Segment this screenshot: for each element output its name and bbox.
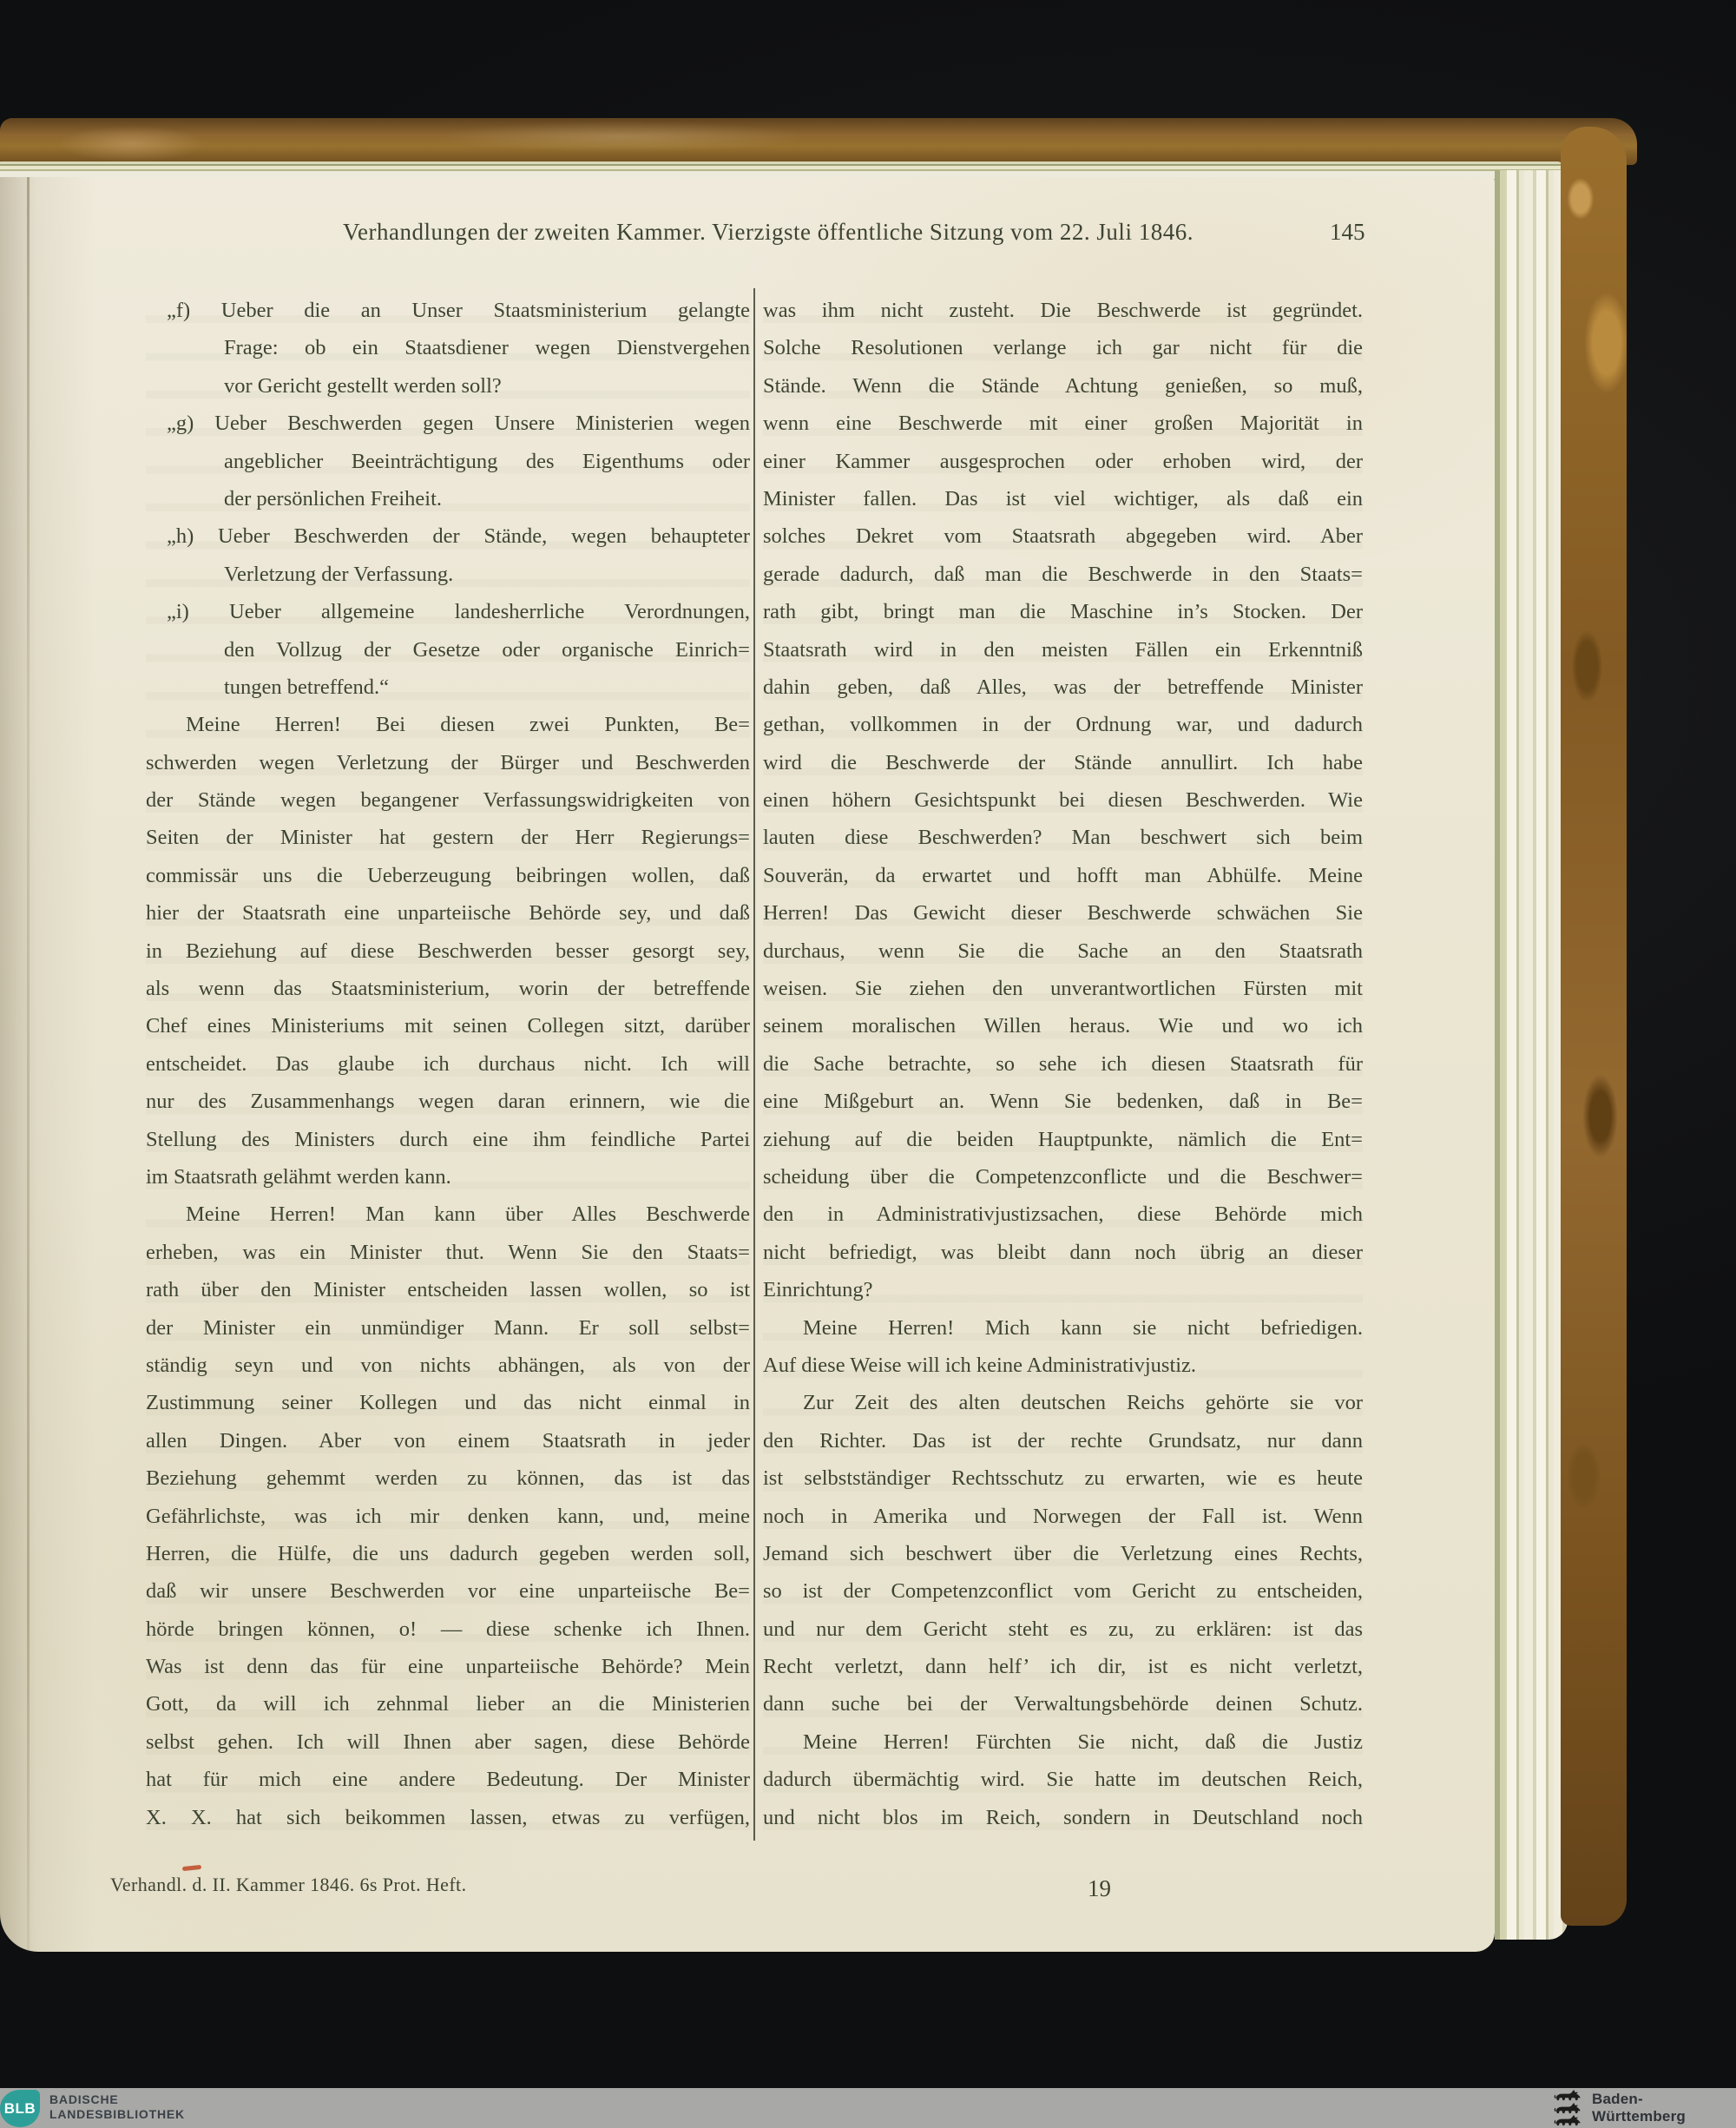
book-cover-top-edge <box>0 118 1637 165</box>
text-line: Stände. Wenn die Stände Achtung genießen… <box>763 367 1363 405</box>
running-title: Verhandlungen der zweiten Kammer. Vierzi… <box>343 219 1193 245</box>
text-line: Gott, da will ich zehnmal lieber an die … <box>146 1685 750 1723</box>
text-column-left: „f) Ueber die an Unser Staatsministerium… <box>146 292 750 1836</box>
text-line: daß wir unsere Beschwerden vor eine unpa… <box>146 1572 750 1610</box>
text-line: den in Administrativjustizsachen, diese … <box>763 1196 1363 1233</box>
library-name-line1: BADISCHE <box>49 2092 185 2107</box>
text-line: allen Dingen. Aber von einem Staatsrath … <box>146 1422 750 1459</box>
text-line: der Stände wegen begangener Verfassungsw… <box>146 781 750 819</box>
page-header-title: Verhandlungen der zweiten Kammer. Vierzi… <box>191 219 1345 255</box>
text-line: nur des Zusammenhangs wegen daran erinne… <box>146 1083 750 1120</box>
text-line: erheben, was ein Minister thut. Wenn Sie… <box>146 1234 750 1271</box>
page-gutter-crease <box>27 177 30 1952</box>
column-divider <box>753 288 755 1841</box>
text-line: als wenn das Staatsministerium, worin de… <box>146 970 750 1007</box>
library-name: BADISCHE LANDESBIBLIOTHEK <box>49 2092 185 2122</box>
text-line: Stellung des Ministers durch eine ihm fe… <box>146 1121 750 1158</box>
text-line: den Richter. Das ist der rechte Grundsat… <box>763 1422 1363 1459</box>
text-line: Zustimmung seiner Kollegen und das nicht… <box>146 1384 750 1421</box>
viewer-footer-bar: BLB BADISCHE LANDESBIBLIOTHEK Baden-Würt… <box>0 2088 1736 2128</box>
signature-mark: 19 <box>1088 1875 1111 1902</box>
text-line: die Sache betrachte, so sehe ich diesen … <box>763 1045 1363 1083</box>
page-edges-right <box>1495 170 1568 1940</box>
text-line: selbst gehen. Ich will Ihnen aber sagen,… <box>146 1723 750 1761</box>
text-line: hörde bringen können, o! — diese schenke… <box>146 1611 750 1648</box>
text-line: X. X. hat sich beikommen lassen, etwas z… <box>146 1799 750 1836</box>
text-line: seinem moralischen Willen heraus. Wie un… <box>763 1007 1363 1044</box>
scan-background: Verhandlungen der zweiten Kammer. Vierzi… <box>0 0 1736 2128</box>
text-line: noch in Amerika und Norwegen der Fall is… <box>763 1498 1363 1535</box>
text-line: angeblicher Beeinträchtigung des Eigenth… <box>146 443 750 480</box>
state-label: Baden-Württemberg <box>1592 2091 1736 2125</box>
text-line: Seiten der Minister hat gestern der Herr… <box>146 819 750 856</box>
text-column-right: was ihm nicht zusteht. Die Beschwerde is… <box>763 292 1363 1836</box>
text-line: Chef eines Ministeriums mit seinen Colle… <box>146 1007 750 1044</box>
text-line: Beziehung gehemmt werden zu können, das … <box>146 1459 750 1497</box>
text-line: scheidung über die Competenzconflicte un… <box>763 1158 1363 1196</box>
text-line: Herren, die Hülfe, die uns dadurch gegeb… <box>146 1535 750 1572</box>
text-line: dann suche bei der Verwaltungsbehörde de… <box>763 1685 1363 1723</box>
text-line: wenn eine Beschwerde mit einer großen Ma… <box>763 405 1363 442</box>
text-line: entscheidet. Das glaube ich durchaus nic… <box>146 1045 750 1083</box>
text-line: gerade dadurch, daß man die Beschwerde i… <box>763 556 1363 593</box>
text-line: „i) Ueber allgemeine landesherrliche Ver… <box>146 593 750 630</box>
text-line: und nur dem Gericht steht es zu, zu erkl… <box>763 1611 1363 1648</box>
text-line: Verletzung der Verfassung. <box>146 556 750 593</box>
text-line: „g) Ueber Beschwerden gegen Unsere Minis… <box>146 405 750 442</box>
text-line: Gefährlichste, was ich mir denken kann, … <box>146 1498 750 1535</box>
text-line: Was ist denn das für eine unparteiische … <box>146 1648 750 1685</box>
text-line: den Vollzug der Gesetze oder organische … <box>146 631 750 669</box>
blb-logo-text: BLB <box>4 2100 36 2118</box>
text-line: nicht befriedigt, was bleibt dann noch ü… <box>763 1234 1363 1271</box>
text-line: weisen. Sie ziehen den unverantwortliche… <box>763 970 1363 1007</box>
text-line: durchaus, wenn Sie die Sache an den Staa… <box>763 932 1363 970</box>
text-line: Recht verletzt, dann helf’ ich dir, ist … <box>763 1648 1363 1685</box>
text-line: Solche Resolutionen verlange ich gar nic… <box>763 329 1363 366</box>
text-line: hier der Staatsrath eine unparteiische B… <box>146 894 750 932</box>
text-line: Frage: ob ein Staatsdiener wegen Dienstv… <box>146 329 750 366</box>
text-line: ziehung auf die beiden Hauptpunkte, näml… <box>763 1121 1363 1158</box>
text-line: lauten diese Beschwerden? Man beschwert … <box>763 819 1363 856</box>
text-line: im Staatsrath gelähmt werden kann. <box>146 1158 750 1196</box>
text-line: einer Kammer ausgesprochen oder erhoben … <box>763 443 1363 480</box>
text-line: einen höhern Gesichtspunkt bei diesen Be… <box>763 781 1363 819</box>
text-line: vor Gericht gestellt werden soll? <box>146 367 750 405</box>
text-line: solches Dekret vom Staatsrath abgegeben … <box>763 517 1363 555</box>
text-line: tungen betreffend.“ <box>146 669 750 706</box>
text-line: rath über den Minister entscheiden lasse… <box>146 1271 750 1308</box>
page-edges-top <box>0 161 1564 179</box>
text-line: „f) Ueber die an Unser Staatsministerium… <box>146 292 750 329</box>
text-line: so ist der Competenzconflict vom Gericht… <box>763 1572 1363 1610</box>
text-line: Meine Herren! Man kann über Alles Beschw… <box>146 1196 750 1233</box>
text-line: Meine Herren! Fürchten Sie nicht, daß di… <box>763 1723 1363 1761</box>
text-line: eine Mißgeburt an. Wenn Sie bedenken, da… <box>763 1083 1363 1120</box>
text-line: Herren! Das Gewicht dieser Beschwerde sc… <box>763 894 1363 932</box>
blb-logo: BLB <box>0 2090 40 2127</box>
text-line: dadurch übermächtig wird. Sie hatte im d… <box>763 1761 1363 1798</box>
text-line: hat für mich eine andere Bedeutung. Der … <box>146 1761 750 1798</box>
text-line: Einrichtung? <box>763 1271 1363 1308</box>
library-name-line2: LANDESBIBLIOTHEK <box>49 2107 185 2122</box>
text-line: der persönlichen Freiheit. <box>146 480 750 517</box>
book-cover-fore-edge <box>1561 127 1627 1926</box>
text-line: wird die Beschwerde der Stände annullirt… <box>763 744 1363 781</box>
bw-coat-of-arms-icon <box>1554 2088 1581 2128</box>
text-line: Minister fallen. Das ist viel wichtiger,… <box>763 480 1363 517</box>
text-line: Meine Herren! Mich kann sie nicht befrie… <box>763 1309 1363 1347</box>
text-line: Souverän, da erwartet und hofft man Abhü… <box>763 857 1363 894</box>
text-line: Zur Zeit des alten deutschen Reichs gehö… <box>763 1384 1363 1421</box>
text-line: Meine Herren! Bei diesen zwei Punkten, B… <box>146 706 750 743</box>
text-line: schwerden wegen Verletzung der Bürger un… <box>146 744 750 781</box>
text-line: Staatsrath wird in den meisten Fällen ei… <box>763 631 1363 669</box>
text-line: in Beziehung auf diese Beschwerden besse… <box>146 932 750 970</box>
state-branding: Baden-Württemberg <box>1554 2089 1736 2127</box>
text-line: und nicht blos im Reich, sondern in Deut… <box>763 1799 1363 1836</box>
text-line: „h) Ueber Beschwerden der Stände, wegen … <box>146 517 750 555</box>
text-line: dahin geben, daß Alles, was der betreffe… <box>763 669 1363 706</box>
text-line: Jemand sich beschwert über die Verletzun… <box>763 1535 1363 1572</box>
text-line: rath gibt, bringt man die Maschine in’s … <box>763 593 1363 630</box>
text-line: ist selbstständiger Rechtsschutz zu erwa… <box>763 1459 1363 1497</box>
page-number: 145 <box>1330 219 1408 255</box>
volume-footer: Verhandl. d. II. Kammer 1846. 6s Prot. H… <box>110 1874 466 1896</box>
text-line: gethan, vollkommen in der Ordnung war, u… <box>763 706 1363 743</box>
text-line: ständig seyn und von nichts abhängen, al… <box>146 1347 750 1384</box>
text-line: commissär uns die Ueberzeugung beibringe… <box>146 857 750 894</box>
text-line: was ihm nicht zusteht. Die Beschwerde is… <box>763 292 1363 329</box>
text-line: Auf diese Weise will ich keine Administr… <box>763 1347 1363 1384</box>
text-line: der Minister ein unmündiger Mann. Er sol… <box>146 1309 750 1347</box>
